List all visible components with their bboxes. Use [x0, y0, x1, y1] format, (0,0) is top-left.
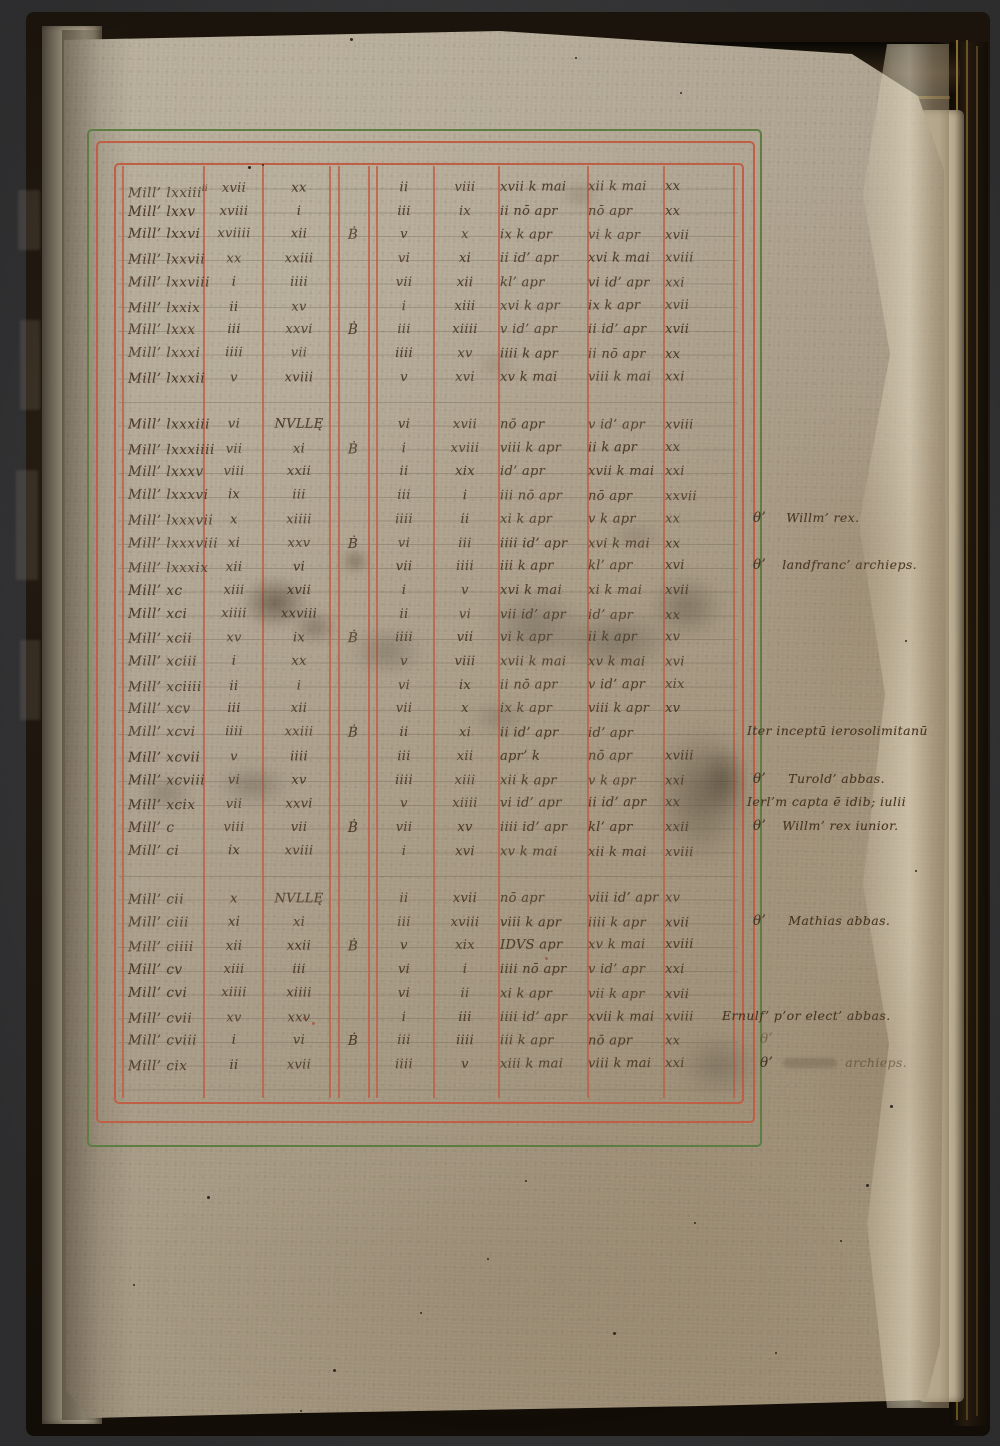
easter-date-cell: vi id’ apr	[588, 273, 664, 293]
concurrent-cell: ii	[376, 178, 432, 198]
cycle-cell: ii	[206, 1056, 262, 1076]
terminus-date-cell: viii k apr	[500, 913, 588, 933]
easter-date-cell: ii nō apr	[588, 345, 664, 365]
concurrent-cell: ii	[376, 723, 432, 743]
easter-date-cell: xii k mai	[588, 177, 664, 197]
easter-date-cell: nō apr	[588, 202, 664, 222]
table-row: Mill’ cixiixviiiiiivxiii k maiviii k mai…	[114, 1052, 744, 1078]
ink-speck	[133, 1284, 135, 1286]
red-speck	[312, 1022, 315, 1025]
luna-cell: xvii	[665, 320, 727, 340]
concurrent-cell: vi	[376, 415, 432, 435]
easter-date-cell: vi k apr	[588, 226, 664, 246]
easter-date-cell: v id’ apr	[588, 960, 664, 980]
luna-cell: xvii	[665, 581, 727, 601]
concurrent-cell: vi	[376, 960, 432, 980]
terminus-number-cell: xii	[433, 273, 497, 293]
terminus-date-cell: ii nō apr	[500, 675, 588, 695]
luna-cell: xviii	[665, 248, 727, 268]
cycle-cell: xi	[206, 912, 262, 932]
concurrent-cell: v	[376, 794, 432, 814]
margin-note: θ’landfranc’ archieps.	[753, 557, 917, 573]
ink-speck	[840, 1240, 842, 1242]
terminus-date-cell: xv k mai	[500, 367, 588, 387]
year-cell: Mill’ xcvii	[128, 747, 216, 767]
terminus-date-cell: xv k mai	[500, 842, 588, 862]
easter-date-cell: xvi k mai	[588, 249, 664, 269]
concurrent-cell: i	[376, 841, 432, 861]
table-row: Mill’ cviiiiviḂiiiiiiiiii k aprnō aprxx	[114, 1029, 744, 1054]
easter-date-cell: viii k mai	[588, 367, 664, 387]
terminus-date-cell: ix k apr	[500, 699, 588, 719]
show-through-text	[16, 470, 38, 580]
cycle-cell: viii	[206, 818, 262, 838]
terminus-date-cell: vii id’ apr	[500, 605, 588, 625]
margin-note-text: Iter inceptū ierosolimitanū	[747, 723, 928, 738]
table-row: Mill’ ciixNVLLĘiixviinō aprviii id’ aprx…	[114, 886, 744, 911]
epact-cell: xxii	[268, 937, 330, 957]
concurrent-cell: vi	[376, 676, 432, 696]
concurrent-cell: vii	[376, 699, 432, 719]
table-row: Mill’ lxxvixviiiixiiḂvxix k aprvi k aprx…	[114, 222, 744, 248]
table-row: Mill’ cvxiiiiiiviiiiii nō aprv id’ aprxx…	[114, 958, 744, 982]
terminus-number-cell: xiii	[433, 296, 497, 316]
year-cell: Mill’ ci	[128, 840, 216, 860]
ink-speck	[248, 166, 251, 169]
concurrent-cell: iii	[376, 202, 432, 222]
epact-cell: xxvi	[268, 795, 330, 815]
bissext-cell: Ḃ	[338, 818, 368, 838]
epact-cell: xiiii	[268, 510, 330, 530]
easter-date-cell: v k apr	[588, 771, 664, 791]
terminus-number-cell: x	[433, 225, 497, 245]
concurrent-cell: i	[376, 296, 432, 316]
luna-cell: xvii	[665, 913, 727, 933]
concurrent-cell: i	[376, 1007, 432, 1027]
terminus-date-cell: xvii k mai	[500, 652, 588, 672]
cycle-cell: xx	[206, 249, 262, 269]
luna-cell: xx	[665, 793, 727, 813]
cover-gold-fillet	[976, 46, 978, 1416]
terminus-number-cell: ix	[433, 675, 497, 695]
ink-speck	[207, 1196, 210, 1199]
ink-speck	[915, 870, 917, 872]
bissext-cell: Ḃ	[338, 1031, 368, 1051]
epact-cell: vii	[268, 818, 330, 838]
easter-date-cell: ii k apr	[588, 438, 664, 458]
cycle-cell: xiii	[206, 960, 262, 980]
terminus-number-cell: viii	[433, 652, 497, 672]
ink-speck	[300, 1410, 302, 1412]
table-row: Mill’ lxxviixxxxiiivixiii id’ aprxvi k m…	[114, 246, 744, 271]
cycle-cell: ix	[206, 485, 262, 505]
luna-cell: xviii	[665, 935, 727, 955]
margin-note-text: Willm’ rex iunior.	[782, 818, 898, 833]
cycle-cell: iiii	[206, 722, 262, 742]
year-cell: Mill’ xcix	[128, 795, 216, 815]
terminus-number-cell: xiiii	[433, 320, 497, 340]
luna-cell: xx	[665, 606, 727, 626]
table-row: Mill’ lxxxvviiixxiiiixixid’ aprxvii k ma…	[114, 460, 744, 484]
show-through-text	[20, 640, 40, 720]
terminus-number-cell: v	[433, 581, 497, 601]
year-cell: Mill’ xcvi	[128, 722, 216, 742]
epact-cell: xxiii	[268, 249, 330, 269]
terminus-date-cell: xvii k mai	[500, 177, 588, 197]
concurrent-cell: vi	[376, 984, 432, 1004]
year-cell: Mill’ c	[128, 818, 216, 838]
cycle-cell: v	[206, 747, 262, 767]
terminus-date-cell: apr’ k	[500, 746, 588, 766]
concurrent-cell: i	[376, 581, 432, 601]
year-cell: Mill’ lxxvi	[128, 224, 216, 244]
manuscript-photo: Mill’ lxxiiiiixviixxiiviiixvii k maixii …	[0, 0, 1000, 1446]
terminus-number-cell: iii	[433, 534, 497, 554]
table-row: Mill’ lxxiiiiixviixxiiviiixvii k maixii …	[114, 175, 744, 201]
luna-cell: xv	[665, 888, 727, 908]
concurrent-cell: vii	[376, 273, 432, 293]
terminus-date-cell: nō apr	[500, 415, 588, 435]
epact-cell: iii	[268, 960, 330, 980]
cycle-cell: ix	[206, 841, 262, 861]
table-row: Mill’ ciiixixiiiixviiiviii k apriiii k a…	[114, 910, 744, 935]
epact-cell: xiiii	[268, 983, 330, 1003]
year-cell: Mill’ xc	[128, 581, 216, 601]
concurrent-cell: iiii	[376, 510, 432, 530]
cycle-cell: x	[206, 510, 262, 530]
epact-cell: xi	[268, 439, 330, 459]
cycle-cell: xii	[206, 558, 262, 578]
concurrent-cell: ii	[376, 889, 432, 909]
terminus-number-cell: iiii	[433, 557, 497, 577]
concurrent-cell: iiii	[376, 344, 432, 364]
epact-cell: iiii	[268, 272, 330, 292]
epact-cell: xv	[268, 770, 330, 790]
easter-date-cell: xvii k mai	[588, 1007, 664, 1027]
terminus-number-cell: xviii	[433, 913, 497, 933]
easter-date-cell: id’ apr	[588, 724, 664, 744]
epact-cell: i	[268, 676, 330, 696]
red-speck	[545, 957, 548, 960]
cycle-cell: v	[206, 368, 262, 388]
epact-cell: xvii	[268, 581, 330, 601]
obit-mark: θ’	[753, 771, 766, 787]
easter-date-cell: v id’ apr	[588, 415, 664, 435]
luna-cell: xxi	[665, 273, 727, 293]
year-cell: Mill’ xcviii	[128, 770, 216, 790]
terminus-date-cell: iii k apr	[500, 1031, 588, 1051]
table-row: Mill’ xcviiivixviiiixiiixii k aprv k apr…	[114, 768, 744, 793]
cycle-cell: xviiii	[206, 224, 262, 244]
cycle-cell: vii	[206, 795, 262, 815]
cycle-cell: xv	[206, 629, 262, 649]
terminus-date-cell: xii k apr	[500, 771, 588, 791]
luna-cell: xv	[665, 699, 727, 719]
luna-cell: xxi	[665, 367, 727, 387]
terminus-date-cell: v id’ apr	[500, 320, 588, 340]
bissext-cell: Ḃ	[338, 723, 368, 743]
cycle-cell: ii	[206, 676, 262, 696]
ink-speck	[350, 38, 353, 41]
concurrent-cell: v	[376, 225, 432, 245]
terminus-number-cell: xvi	[433, 367, 497, 387]
year-cell: Mill’ ciiii	[128, 937, 216, 957]
year-cell: Mill’ cvii	[128, 1008, 216, 1028]
ink-speck	[487, 1258, 489, 1260]
table-row: Mill’ lxxxiiixxviḂiiixiiiiv id’ aprii id…	[114, 318, 744, 342]
easter-date-cell: ii id’ apr	[588, 320, 664, 340]
terminus-number-cell: ii	[433, 984, 497, 1004]
margin-note-text: landfranc’ archieps.	[782, 557, 917, 572]
faded-text-trace	[783, 1058, 837, 1068]
red-speck	[303, 1017, 306, 1020]
luna-cell: xxi	[665, 960, 727, 980]
concurrent-cell: vi	[376, 249, 432, 269]
terminus-date-cell: iiii id’ apr	[500, 534, 588, 554]
cycle-cell: xiii	[206, 581, 262, 601]
terminus-number-cell: v	[433, 1055, 497, 1075]
year-cell: Mill’ cii	[128, 889, 216, 909]
year-cell: Mill’ lxxviii	[128, 272, 216, 292]
terminus-date-cell: id’ apr	[500, 462, 588, 482]
luna-cell: xviii	[665, 1007, 727, 1027]
easter-date-cell: viii id’ apr	[588, 889, 664, 909]
cycle-cell: xi	[206, 533, 262, 553]
show-through-text	[18, 190, 40, 250]
epact-cell: xii	[268, 225, 330, 245]
table-row: Mill’ cviixvxxviiiiiiii id’ aprxvii k ma…	[114, 1005, 744, 1030]
concurrent-cell: ii	[376, 462, 432, 482]
easter-date-cell: xv k mai	[588, 935, 664, 955]
obit-mark: θ’	[753, 557, 766, 573]
terminus-number-cell: xix	[433, 936, 497, 956]
epact-cell: xx	[268, 178, 330, 198]
epact-cell: ix	[268, 629, 330, 649]
terminus-number-cell: iiii	[433, 1031, 497, 1051]
year-cell: Mill’ xciii	[128, 651, 216, 671]
epact-cell: xxii	[268, 462, 330, 482]
luna-cell: xx	[665, 202, 727, 222]
easter-date-cell: ii k apr	[588, 628, 664, 648]
epact-cell: i	[268, 202, 330, 222]
cycle-cell: vi	[206, 770, 262, 790]
luna-cell: xvii	[665, 985, 727, 1005]
epact-cell: vi	[268, 558, 330, 578]
table-row: Mill’ lxxixiixvixiiixvi k aprix k aprxvi…	[114, 293, 744, 319]
year-cell: Mill’ cv	[128, 960, 216, 980]
table-row: Mill’ xciiiixxvviiixvii k maixv k maixvi	[114, 649, 744, 674]
epact-cell: xxiii	[268, 722, 330, 742]
year-cell: Mill’ lxxxix	[128, 558, 216, 578]
ink-speck	[262, 164, 264, 166]
cycle-cell: vi	[206, 415, 262, 435]
terminus-date-cell: iiii id’ apr	[500, 818, 588, 838]
margin-note-text: archieps.	[845, 1055, 907, 1070]
epact-cell: xviii	[268, 841, 330, 861]
table-row: Mill’ xcxiiixviiivxvi k maixi k maixvii	[114, 579, 744, 603]
luna-cell: xviii	[665, 746, 727, 766]
year-cell: Mill’ lxxxi	[128, 343, 216, 363]
easter-date-cell: viii k mai	[588, 1054, 664, 1074]
luna-cell: xvi	[665, 556, 727, 576]
year-cell: Mill’ lxxxiii	[128, 414, 216, 434]
luna-cell: xxvii	[665, 487, 727, 507]
cycle-cell: vii	[206, 439, 262, 459]
concurrent-cell: ii	[376, 604, 432, 624]
bissext-cell: Ḃ	[338, 320, 368, 340]
ink-speck	[890, 1105, 893, 1108]
ink-speck	[575, 57, 577, 59]
margin-note-text: Willm’ rex.	[786, 510, 859, 525]
terminus-number-cell: xviii	[433, 438, 497, 458]
terminus-number-cell: vii	[433, 628, 497, 648]
concurrent-cell: iiii	[376, 1055, 432, 1075]
easter-date-cell: kl’ apr	[588, 556, 664, 576]
table-row: Mill’ ciixxviiiixvixv k maixii k maixvii…	[114, 838, 744, 864]
epact-cell: xxvi	[268, 320, 330, 340]
table-row: Mill’ xciiiiiiiviixii nō aprv id’ aprxix	[114, 672, 744, 698]
concurrent-cell: vii	[376, 818, 432, 838]
terminus-date-cell: iiii id’ apr	[500, 1007, 588, 1027]
table-row: Mill’ lxxxiivxviiivxvixv k maiviii k mai…	[114, 365, 744, 390]
concurrent-cell: iii	[376, 320, 432, 340]
epact-cell: xxviii	[268, 604, 330, 624]
terminus-date-cell: IDVS apr	[500, 936, 588, 956]
terminus-number-cell: ix	[433, 202, 497, 222]
terminus-number-cell: xv	[433, 818, 497, 838]
luna-cell: xx	[665, 509, 727, 529]
terminus-number-cell: viii	[433, 178, 497, 198]
cycle-cell: i	[206, 652, 262, 672]
table-row: Mill’ lxxviiiiiiiiviixiikl’ aprvi id’ ap…	[114, 270, 744, 295]
show-through-text	[20, 320, 40, 410]
easter-date-cell: nō apr	[588, 746, 664, 766]
table-row: Mill’ lxxxiiiiiviiiiiixviiii k aprii nō …	[114, 341, 744, 367]
concurrent-cell: iii	[376, 486, 432, 506]
luna-cell: xx	[665, 437, 727, 457]
obit-mark: θ’	[753, 913, 766, 929]
easter-date-cell: viii k apr	[588, 699, 664, 719]
year-cell: Mill’ cviii	[128, 1031, 216, 1051]
easter-date-cell: iiii k apr	[588, 913, 664, 933]
terminus-date-cell: ii id’ apr	[500, 723, 588, 743]
cycle-cell: iiii	[206, 343, 262, 363]
epact-cell: xviii	[268, 368, 330, 388]
year-cell: Mill’ lxxxvi	[128, 485, 216, 505]
bissext-cell: Ḃ	[338, 533, 368, 553]
terminus-date-cell: xvi k apr	[500, 296, 588, 316]
bissext-cell: Ḃ	[338, 628, 368, 648]
table-row: Mill’ xcixiiiixxviiiiivivii id’ aprid’ a…	[114, 601, 744, 627]
ink-speck	[420, 1312, 422, 1314]
concurrent-cell: vii	[376, 557, 432, 577]
year-cell: Mill’ lxxx	[128, 320, 216, 340]
concurrent-cell: v	[376, 936, 432, 956]
table-row: Mill’ ciiiixiixxiiḂvxixIDVS aprxv k maix…	[114, 933, 744, 959]
terminus-date-cell: ix k apr	[500, 226, 588, 246]
bissext-cell: Ḃ	[338, 225, 368, 245]
cycle-cell: xiiii	[206, 604, 262, 624]
concurrent-cell: vi	[376, 533, 432, 553]
concurrent-cell: i	[376, 439, 432, 459]
table-row: Mill’ xcviiiiixxiiiḂiixiii id’ aprid’ ap…	[114, 720, 744, 746]
luna-cell: xviii	[665, 415, 727, 435]
luna-cell: xvii	[665, 226, 727, 246]
year-cell: Mill’ cvi	[128, 983, 216, 1003]
easter-date-cell: ix k apr	[588, 296, 664, 316]
luna-cell: xv	[665, 628, 727, 648]
luna-cell: xix	[665, 674, 727, 694]
cycle-cell: xii	[206, 937, 262, 957]
easter-date-cell: vii k apr	[588, 984, 664, 1004]
terminus-date-cell: vi k apr	[500, 628, 588, 648]
year-cell: Mill’ lxxxii	[128, 368, 216, 388]
epact-cell: xii	[268, 699, 330, 719]
margin-note: Iter inceptū ierosolimitanū	[747, 723, 928, 738]
luna-cell: xvii	[665, 295, 727, 315]
table-row: Mill’ lxxxiiiiviixiḂixviiiviii k aprii k…	[114, 435, 744, 461]
table-row: Mill’ xcixviixxvivxiiiivi id’ aprii id’ …	[114, 791, 744, 817]
cycle-cell: xv	[206, 1008, 262, 1028]
luna-cell: xxii	[665, 818, 727, 838]
bissext-cell: Ḃ	[338, 439, 368, 459]
terminus-date-cell: xvi k mai	[500, 581, 588, 601]
margin-note: θ’Turold’ abbas.	[753, 771, 885, 787]
concurrent-cell: v	[376, 652, 432, 672]
terminus-date-cell: vi id’ apr	[500, 794, 588, 814]
terminus-number-cell: xi	[433, 249, 497, 269]
obit-mark: θ’	[753, 510, 766, 526]
table-row: Mill’ lxxxviixxiiiiiiiiiixi k aprv k apr…	[114, 507, 744, 532]
easter-date-cell: nō apr	[588, 487, 664, 507]
ink-speck	[866, 1184, 869, 1187]
cycle-cell: viii	[206, 462, 262, 482]
easter-date-cell: id’ apr	[588, 605, 664, 625]
epact-cell: xx	[268, 652, 330, 672]
terminus-date-cell: kl’ apr	[500, 273, 588, 293]
terminus-date-cell: viii k apr	[500, 438, 588, 458]
cycle-cell: i	[206, 1031, 262, 1051]
terminus-number-cell: vi	[433, 605, 497, 625]
terminus-date-cell: iiii nō apr	[500, 960, 588, 980]
terminus-number-cell: ii	[433, 510, 497, 530]
year-cell: Mill’ lxxix	[128, 297, 216, 317]
easter-date-cell: xvii k mai	[588, 462, 664, 482]
terminus-date-cell: ii id’ apr	[500, 249, 588, 269]
terminus-date-cell: iii k apr	[500, 557, 588, 577]
concurrent-cell: iiii	[376, 770, 432, 790]
epact-cell: xxv	[268, 533, 330, 553]
cycle-cell: ii	[206, 297, 262, 317]
epact-cell: xi	[268, 912, 330, 932]
margin-note-text: Turold’ abbas.	[788, 771, 885, 786]
obit-mark: θ’	[760, 1031, 773, 1047]
obit-mark: θ’	[760, 1055, 773, 1071]
ink-speck	[333, 1369, 336, 1372]
easter-date-cell: v k apr	[588, 509, 664, 529]
table-row: Mill’ lxxvxviiiiiiiixii nō aprnō aprxx	[114, 200, 744, 224]
easter-date-cell: xvi k mai	[588, 534, 664, 554]
terminus-number-cell: xiii	[433, 771, 497, 791]
cover-gold-fillet	[966, 40, 968, 1420]
terminus-number-cell: i	[433, 486, 497, 506]
terminus-date-cell: iii nō apr	[500, 486, 588, 506]
year-cell: Mill’ cix	[128, 1056, 216, 1076]
terminus-number-cell: xiiii	[433, 794, 497, 814]
margin-note-text: Ernulf’ p’or elect’ abbas.	[722, 1008, 891, 1023]
table-row: Mill’ xcviiviiiiiiixiiapr’ knō aprxviii	[114, 744, 744, 769]
terminus-number-cell: xix	[433, 462, 497, 482]
